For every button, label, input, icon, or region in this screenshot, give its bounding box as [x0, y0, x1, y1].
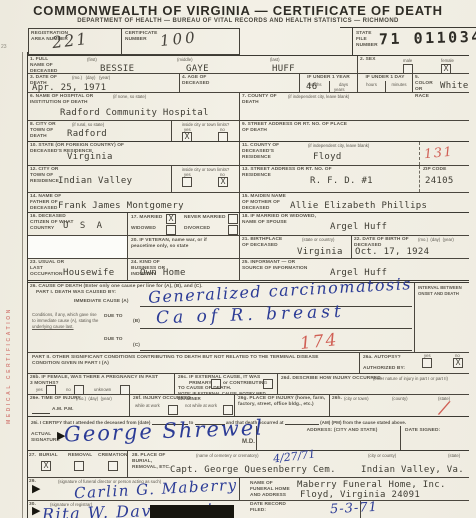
redaction-bar [150, 505, 234, 518]
describe-injury-label: 26d. DESCRIBE HOW INJURY OCCURRED. [281, 376, 382, 382]
certify-text-3: (AM) (PM) from the cause stated above. [320, 420, 406, 425]
under-day-cell: IF UNDER 1 DAY hours minutes [358, 74, 413, 92]
autopsy-cell: 26a. AUTOPSY? yes no X AUTHORIZED BY: [360, 353, 469, 373]
date-of-death-hint: (mo.) (day) (year) [72, 75, 110, 81]
part2-cell: PART II. OTHER SIGNIFICANT CONDITIONS CO… [28, 353, 360, 373]
burial-city-value: Indian Valley, Va. [361, 465, 464, 475]
burial-label: BURIAL [39, 453, 58, 459]
middle-hint: (middle) [177, 57, 193, 63]
injury-time-blank [32, 413, 50, 414]
residence-street-value: R. F. D. #1 [310, 176, 373, 186]
birthplace-hint: (state or country) [302, 237, 334, 243]
cause-line-c [140, 350, 412, 351]
pregnancy-yes-label: yes [36, 387, 43, 393]
row-city-of-death: 8. CITY OR TOWN OF DEATH (if rural, so s… [28, 120, 469, 141]
row-death-date: 3. DATE OF DEATH (mo.) (day) (year) 4. A… [28, 73, 469, 92]
death-limits-cell: inside city or town limits? yes no X [172, 121, 240, 141]
death-street-label: 9. STREET ADDRESS OR RT. NO. OF PLACE OF… [242, 122, 352, 134]
autopsy-authorized-label: AUTHORIZED BY: [363, 366, 405, 372]
residence-county-hint: (if independent city, leave blank) [308, 143, 369, 149]
sex-male-label: male [403, 58, 412, 64]
residence-county-code: 131 [423, 145, 454, 162]
row-certification: 26i. I CERTIFY that I attended the decea… [28, 416, 469, 450]
immediate-cause-label: IMMEDIATE CAUSE (A) [74, 299, 129, 305]
burial-number-label: 27. [29, 453, 36, 459]
father-value: Frank James Montgomery [58, 201, 184, 211]
row-part2: PART II. OTHER SIGNIFICANT CONDITIONS CO… [28, 352, 469, 373]
pregnancy-no-label: no [66, 387, 71, 393]
county-of-death-label: 7. COUNTY OF DEATH [242, 94, 282, 106]
certificate-subtitle: DEPARTMENT OF HEALTH — BUREAU OF VITAL R… [0, 18, 476, 24]
margin-vertical-text: MEDICAL CERTIFICATION [6, 307, 12, 424]
widowed-checkbox [166, 225, 176, 235]
not-while-at-work-label: not while at work [185, 403, 219, 409]
describe-injury-cell: 26d. DESCRIBE HOW INJURY OCCURRED. (ente… [278, 374, 469, 394]
describe-injury-hint: (enter nature of injury in part I or par… [373, 376, 448, 382]
place-of-burial-hint: (name of cemetery or crematory) [196, 453, 259, 459]
place-of-injury-label: 26g. PLACE OF INJURY (home, farm, factor… [238, 396, 326, 408]
while-at-work-label: while at work [135, 403, 165, 409]
cemetery-value: Capt. George Quesenberry Cem. [170, 465, 336, 475]
veteran-label: 20. IF VETERAN, name war, or if peacetim… [131, 238, 226, 250]
time-of-injury-label: 26e. TIME OF INJURY [30, 396, 81, 402]
hospital-hint: (if none, so state) [113, 94, 146, 100]
residence-state-cell: 10. STATE (OR FOREIGN COUNTRY) OF DECEAS… [28, 142, 240, 165]
removal-label: REMOVAL [68, 453, 92, 459]
age-label: 4. AGE OF DECEASED [182, 75, 214, 87]
injury-ampm-label: A.M. P.M. [52, 407, 74, 413]
row-citizen: 16. DECEASED CITIZEN OF WHAT COUNTRY 17.… [28, 212, 469, 235]
last-hint: (last) [270, 57, 280, 63]
residence-city-value: Indian Valley [58, 176, 132, 186]
sex-female-label: female [441, 58, 454, 64]
residence-limits-yes-checkbox [182, 177, 192, 187]
birthplace-label: 21. BIRTHPLACE OF DECEASED [242, 237, 287, 249]
cause-b-label: (B) [133, 319, 140, 325]
spouse-value: Argel Huff [330, 222, 387, 232]
row-parents: 14. NAME OF FATHER OF DECEASED 15. MAIDE… [28, 192, 469, 212]
redacted-field-cell [28, 236, 128, 258]
veteran-cell: 20. IF VETERAN, name war, or if peacetim… [128, 236, 240, 258]
removal-checkbox [74, 461, 84, 471]
row-funeral-director: 29. ▶ (signature of funeral director or … [28, 477, 469, 500]
conditions-note-1: Conditions, if any, which gave rise [32, 312, 100, 318]
burial-city-hint: (city or county) [368, 453, 396, 459]
due-to-label-c: DUE TO [104, 337, 123, 343]
divorced-label: DIVORCED [184, 226, 210, 232]
row-full-name: 1. FULL NAME OF DECEASED (first) (middle… [28, 55, 469, 73]
death-certificate-scan: COMMONWEALTH OF VIRGINIA — CERTIFICATE O… [0, 0, 476, 518]
hours-label: hours [358, 82, 385, 88]
row-injury-details: 26e. TIME OF INJURY (mo.) (day) (year) A… [28, 394, 469, 416]
sex-label: 2. SEX [360, 57, 376, 63]
hospital-label: 6. NAME OF HOSPITAL OR INSTITUTION OF DE… [30, 94, 108, 106]
date-filed-label: DATE RECORD FILED: [250, 502, 290, 514]
occupation-value: Housewife [63, 268, 114, 278]
funeral-home-address: Floyd, Virginia 24091 [300, 490, 420, 500]
external-cause-cell: 26c. IF EXTERNAL CAUSE, IT WAS PRIMARY o… [175, 374, 278, 394]
widowed-label: WIDOWED [131, 226, 156, 232]
residence-limits-label: inside city or town limits? [172, 167, 239, 173]
part2-label: PART II. OTHER SIGNIFICANT CONDITIONS CO… [32, 355, 322, 367]
mother-label: 15. MAIDEN NAME OF MOTHER OF DECEASED [242, 194, 292, 213]
row-residence-state: 10. STATE (OR FOREIGN COUNTRY) OF DECEAS… [28, 141, 469, 165]
row-hospital: 6. NAME OF HOSPITAL OR INSTITUTION OF DE… [28, 92, 469, 120]
county-of-death-cell: 7. COUNTY OF DEATH (if independent city,… [240, 93, 469, 120]
mother-value: Allie Elizabeth Phillips [290, 201, 427, 211]
birthplace-value: Virginia [297, 247, 343, 257]
cremation-checkbox [108, 461, 118, 471]
pregnancy-unknown-label: unknown [94, 387, 111, 393]
cause-line-b [140, 328, 412, 329]
residence-county-label: 11. COUNTY OF DECEASED'S RESIDENCE [242, 143, 302, 162]
state-file-vline [352, 27, 353, 55]
cremation-label: CREMATION [98, 453, 128, 459]
due-to-label-b: DUE TO [104, 314, 123, 320]
not-while-at-work-checkbox [223, 405, 233, 415]
married-checkbox: X [166, 214, 176, 224]
cause-part1-label: PART I. DEATH WAS CAUSED BY: [36, 290, 116, 296]
time-of-injury-hint: (mo.) (day) (year) [76, 396, 112, 402]
time-of-injury-cell: 26e. TIME OF INJURY (mo.) (day) (year) A… [28, 395, 130, 416]
certify-address-label: ADDRESS: (CITY AND STATE) [286, 428, 398, 434]
marital-cell: 17. MARRIED X NEVER MARRIED WIDOWED DIVO… [128, 213, 240, 235]
funeral-home-label: NAME OF FUNERAL HOME AND ADDRESS [250, 481, 292, 500]
divorced-checkbox [228, 225, 238, 235]
zip-value: 24105 [425, 176, 454, 186]
row-cause-of-death: 26. CAUSE OF DEATH (Enter only one cause… [28, 280, 469, 352]
actual-signature-label: ACTUAL SIGNATURE [31, 432, 57, 444]
sex-cell: 2. SEX male female X [358, 56, 469, 73]
burial-checkbox: X [41, 461, 51, 471]
pregnancy-cell: 26b. IF FEMALE, WAS THERE A PREGNANCY IN… [28, 374, 175, 394]
age-value: 46 [306, 82, 317, 92]
certificate-number-label: CERTIFICATE NUMBER [125, 31, 161, 43]
row-pregnancy-external: 26b. IF FEMALE, WAS THERE A PREGNANCY IN… [28, 373, 469, 394]
dob-value: Oct. 17, 1924 [355, 247, 429, 257]
state-file-label: STATE FILE NUMBER [356, 31, 378, 50]
burial-state-hint: (state) [448, 453, 460, 459]
death-street-cell: 9. STREET ADDRESS OR RT. NO. OF PLACE OF… [240, 121, 469, 141]
cause-c-red-number: 174 [299, 330, 339, 354]
conditions-note-3: underlying cause last. [32, 324, 100, 330]
never-married-label: NEVER MARRIED [184, 215, 226, 221]
date-filed-value: 5-3-71 [330, 500, 379, 517]
death-limits-label: inside city or town limits? [172, 122, 239, 128]
funeral-arrow-icon: ▶ [32, 484, 40, 495]
place-of-burial-label: 28. PLACE OF BURIAL, REMOVAL, ETC. [132, 453, 172, 472]
row-residence-city: 12. CITY OR TOWN OF RESIDENCE inside cit… [28, 165, 469, 192]
date-signed-label: DATE SIGNED: [405, 428, 440, 434]
interval-cell: INTERVAL BETWEEN ONSET AND DEATH [415, 283, 469, 352]
row-registrar: 30. ▶ (signature of registrar) DATE RECO… [28, 500, 469, 518]
zip-label: ZIP CODE [423, 167, 446, 173]
state-file-number: 71 011034 [379, 28, 476, 49]
residence-county-value: Floyd [313, 152, 342, 162]
conditions-note-2: to immediate cause (A), stating the [32, 318, 100, 324]
row-burial: 27. BURIAL X REMOVAL CREMATION 28. PLACE… [28, 450, 469, 477]
race-value: White [440, 81, 469, 91]
autopsy-label: 26a. AUTOPSY? [363, 355, 401, 361]
scan-edge-mark: 23 [1, 44, 7, 50]
residence-limits-cell: inside city or town limits? yes no X [172, 166, 240, 192]
certify-blank-at [285, 419, 319, 425]
citizen-value: U S A [63, 221, 105, 231]
registrar-arrow-icon: ▶ [32, 506, 40, 517]
minutes-label: minutes [385, 82, 413, 88]
business-value: Own Home [140, 268, 186, 278]
autopsy-yes-checkbox [422, 358, 432, 368]
first-hint: (first) [87, 57, 97, 63]
while-at-work-checkbox [168, 405, 178, 415]
injury-location-number: 26h. [332, 396, 342, 402]
margin-rule-outer [22, 52, 23, 518]
injury-occurred-cell: 26f. INJURY OCCURRED while at work not w… [130, 395, 235, 416]
funeral-home-name: Maberry Funeral Home, Inc. [297, 480, 446, 490]
county-of-death-hint: (if independent city, leave blank) [288, 94, 349, 100]
city-of-death-hint: (if rural, so state) [72, 122, 104, 128]
spouse-label: 18. IF MARRIED OR WIDOWED, NAME OF SPOUS… [242, 214, 322, 226]
injury-occurred-label: 26f. INJURY OCCURRED [133, 396, 191, 402]
city-of-death-value: Radford [67, 129, 107, 139]
informant-label: 25. INFORMANT — OR SOURCE OF INFORMATION [242, 260, 312, 272]
dob-hint: (mo.) (day) (year) [418, 237, 454, 243]
injury-city-hint: (city or town) [344, 396, 369, 402]
interval-label: INTERVAL BETWEEN ONSET AND DEATH [418, 285, 464, 296]
residence-state-value: Virginia [67, 152, 113, 162]
burial-type-cell: 27. BURIAL X REMOVAL CREMATION [28, 451, 128, 477]
city-of-death-label: 8. CITY OR TOWN OF DEATH [30, 122, 66, 141]
row-veteran-birth: 20. IF VETERAN, name war, or if peacetim… [28, 235, 469, 258]
age-cell: 4. AGE OF DECEASED [180, 74, 300, 92]
certify-divider-2 [400, 426, 401, 451]
cause-c-label: (C) [133, 343, 140, 349]
married-label: 17. MARRIED [131, 215, 163, 221]
autopsy-no-checkbox: X [453, 358, 463, 368]
place-of-injury-cell: 26g. PLACE OF INJURY (home, farm, factor… [235, 395, 330, 416]
certificate-title: COMMONWEALTH OF VIRGINIA — CERTIFICATE O… [0, 3, 476, 18]
external-contributing-checkbox [263, 379, 273, 389]
residence-limits-no-checkbox: X [218, 177, 228, 187]
injury-county-hint: (county) [392, 396, 408, 402]
hospital-value: Radford Community Hospital [60, 108, 209, 118]
never-married-checkbox [228, 214, 238, 224]
